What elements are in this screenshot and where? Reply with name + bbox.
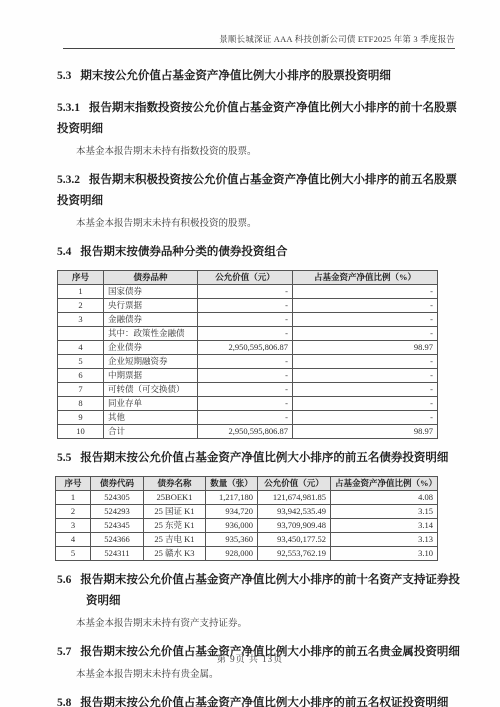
section-number: 5.6 <box>57 574 71 586</box>
table-cell: 3 <box>58 313 104 327</box>
table-cell: 92,553,762.19 <box>258 547 331 561</box>
column-header: 公允价值（元） <box>258 477 331 491</box>
table-body: 1国家债券--2央行票据--3金融债券--其中：政策性金融债--4企业债券2,9… <box>58 285 438 439</box>
table-cell: 936,000 <box>206 519 258 533</box>
table-row: 6中期票据-- <box>58 369 438 383</box>
table-cell: 2,950,595,806.87 <box>198 425 293 439</box>
section-title: 报告期末按公允价值占基金资产净值比例大小排序的前五名权证投资明细 <box>80 697 448 707</box>
table-cell: - <box>198 327 293 341</box>
table-cell: 7 <box>58 383 104 397</box>
table-row: 152430525BOEK11,217,180121,674,981.854.0… <box>56 491 438 505</box>
section-number: 5.8 <box>57 697 71 707</box>
table-cell: 其他 <box>104 411 198 425</box>
table-cell: - <box>293 411 438 425</box>
section-heading-5-3-1: 5.3.1报告期末指数投资按公允价值占基金资产净值比例大小排序的前十名股票投资明… <box>57 98 462 140</box>
table-cell: 25 赣水 K3 <box>144 547 206 561</box>
table-row: 1国家债券-- <box>58 285 438 299</box>
section-title: 报告期末按债券品种分类的债券投资组合 <box>80 246 287 258</box>
section-heading-5-3: 5.3期末按公允价值占基金资产净值比例大小排序的股票投资明细 <box>57 66 462 87</box>
table-cell: 2,950,595,806.87 <box>198 341 293 355</box>
table-cell: 2 <box>56 505 91 519</box>
column-header: 数量（张） <box>206 477 258 491</box>
table-cell: 25 吉电 K1 <box>144 533 206 547</box>
table-cell: 25 东莞 K1 <box>144 519 206 533</box>
section-body-5-3-2: 本基金本报告期末未持有积极投资的股票。 <box>57 218 462 231</box>
section-title: 报告期末指数投资按公允价值占基金资产净值比例大小排序的前十名股票投资明细 <box>57 102 457 135</box>
table-cell: 2 <box>58 299 104 313</box>
section-heading-5-3-2: 5.3.2报告期末积极投资按公允价值占基金资产净值比例大小排序的前五名股票投资明… <box>57 170 462 212</box>
table-row: 8同业存单-- <box>58 397 438 411</box>
table-cell: - <box>293 369 438 383</box>
section-number: 5.3.1 <box>57 102 80 114</box>
table-row: 9其他-- <box>58 411 438 425</box>
table-cell: 企业短期融资券 <box>104 355 198 369</box>
section-heading-5-6: 5.6报告期末按公允价值占基金资产净值比例大小排序的前十名资产支持证券投资明细 <box>57 570 462 612</box>
table-cell: 10 <box>58 425 104 439</box>
table-cell: 121,674,981.85 <box>258 491 331 505</box>
table-cell: 93,942,535.49 <box>258 505 331 519</box>
table-cell: - <box>198 355 293 369</box>
table-cell: 8 <box>58 397 104 411</box>
column-header: 债券品种 <box>104 271 198 285</box>
table-cell: 9 <box>58 411 104 425</box>
table-cell: 524345 <box>91 519 144 533</box>
table-cell: 1 <box>58 285 104 299</box>
table-cell: - <box>198 369 293 383</box>
page-content: 5.3期末按公允价值占基金资产净值比例大小排序的股票投资明细 5.3.1报告期末… <box>57 56 462 707</box>
table-cell: - <box>198 299 293 313</box>
report-title: 景顺长城深证 AAA 科技创新公司债 ETF2025 年第 3 季度报告 <box>219 34 455 44</box>
table-cell: - <box>198 411 293 425</box>
table-header-row: 序号债券品种公允价值（元）占基金资产净值比例（%） <box>58 271 438 285</box>
table-cell: 935,360 <box>206 533 258 547</box>
table-cell: 3.15 <box>331 505 438 519</box>
table-row: 252429325 国证 K1934,72093,942,535.493.15 <box>56 505 438 519</box>
table-cell: 其中：政策性金融债 <box>104 327 198 341</box>
table-cell: 934,720 <box>206 505 258 519</box>
table-cell: - <box>293 285 438 299</box>
column-header: 公允价值（元） <box>198 271 293 285</box>
section-heading-5-8: 5.8报告期末按公允价值占基金资产净值比例大小排序的前五名权证投资明细 <box>57 693 462 707</box>
table-cell: - <box>293 383 438 397</box>
table-cell: 1 <box>56 491 91 505</box>
table-cell: - <box>198 397 293 411</box>
table-cell: 98.97 <box>293 425 438 439</box>
table-row: 4企业债券2,950,595,806.8798.97 <box>58 341 438 355</box>
column-header: 债券代码 <box>91 477 144 491</box>
column-header: 序号 <box>58 271 104 285</box>
table-row: 其中：政策性金融债-- <box>58 327 438 341</box>
table-cell: 4 <box>56 533 91 547</box>
table-cell: - <box>293 327 438 341</box>
table-row: 10合计2,950,595,806.8798.97 <box>58 425 438 439</box>
table-cell: - <box>293 313 438 327</box>
table-cell: 同业存单 <box>104 397 198 411</box>
section-title: 报告期末按公允价值占基金资产净值比例大小排序的前五名债券投资明细 <box>80 452 448 464</box>
column-header: 占基金资产净值比例（%） <box>293 271 438 285</box>
table-header: 序号债券代码债券名称数量（张）公允价值（元）占基金资产净值比例（%） <box>56 477 438 491</box>
column-header: 债券名称 <box>144 477 206 491</box>
table-header-row: 序号债券代码债券名称数量（张）公允价值（元）占基金资产净值比例（%） <box>56 477 438 491</box>
table-cell: 93,450,177.52 <box>258 533 331 547</box>
table-cell: 524293 <box>91 505 144 519</box>
section-number: 5.4 <box>57 246 71 258</box>
table-cell: 25 国证 K1 <box>144 505 206 519</box>
section-body-5-3-1: 本基金本报告期末未持有指数投资的股票。 <box>57 146 462 159</box>
table-cell: 企业债券 <box>104 341 198 355</box>
table-cell: 可转债（可交换债） <box>104 383 198 397</box>
section-heading-5-4: 5.4报告期末按债券品种分类的债券投资组合 <box>57 242 462 263</box>
top-five-bonds-table: 序号债券代码债券名称数量（张）公允价值（元）占基金资产净值比例（%） 15243… <box>55 476 438 561</box>
table-cell: 4.08 <box>331 491 438 505</box>
table-row: 5企业短期融资券-- <box>58 355 438 369</box>
table-cell: 3 <box>56 519 91 533</box>
bond-type-portfolio-table: 序号债券品种公允价值（元）占基金资产净值比例（%） 1国家债券--2央行票据--… <box>57 270 438 439</box>
table-row: 3金融债券-- <box>58 313 438 327</box>
document-page: 景顺长城深证 AAA 科技创新公司债 ETF2025 年第 3 季度报告 5.3… <box>0 0 500 707</box>
table-cell: 3.14 <box>331 519 438 533</box>
table-cell: 5 <box>56 547 91 561</box>
table-cell: - <box>198 313 293 327</box>
table-cell: 93,709,909.48 <box>258 519 331 533</box>
page-number: 第 9页 共 13页 <box>0 652 500 665</box>
section-title: 报告期末积极投资按公允价值占基金资产净值比例大小排序的前五名股票投资明细 <box>57 174 457 207</box>
section-title: 报告期末按公允价值占基金资产净值比例大小排序的前十名资产支持证券投资明细 <box>80 574 460 607</box>
table-cell: 6 <box>58 369 104 383</box>
table-cell: 98.97 <box>293 341 438 355</box>
table-cell: 3.10 <box>331 547 438 561</box>
section-number: 5.3.2 <box>57 174 80 186</box>
table-row: 2央行票据-- <box>58 299 438 313</box>
table-cell: - <box>293 355 438 369</box>
table-cell: 4 <box>58 341 104 355</box>
table-cell: 25BOEK1 <box>144 491 206 505</box>
table-cell: 国家债券 <box>104 285 198 299</box>
table-cell: 524305 <box>91 491 144 505</box>
table-body: 152430525BOEK11,217,180121,674,981.854.0… <box>56 491 438 561</box>
table-row: 552431125 赣水 K3928,00092,553,762.193.10 <box>56 547 438 561</box>
column-header: 序号 <box>56 477 91 491</box>
section-number: 5.3 <box>57 70 71 82</box>
table-cell: 央行票据 <box>104 299 198 313</box>
section-body-5-6: 本基金本报告期末未持有资产支持证券。 <box>57 618 462 631</box>
table-cell: - <box>293 299 438 313</box>
column-header: 占基金资产净值比例（%） <box>331 477 438 491</box>
running-header: 景顺长城深证 AAA 科技创新公司债 ETF2025 年第 3 季度报告 <box>63 33 455 49</box>
table-header: 序号债券品种公允价值（元）占基金资产净值比例（%） <box>58 271 438 285</box>
table-cell: - <box>293 397 438 411</box>
table-cell <box>58 327 104 341</box>
table-cell: 928,000 <box>206 547 258 561</box>
section-heading-5-5: 5.5报告期末按公允价值占基金资产净值比例大小排序的前五名债券投资明细 <box>57 448 462 469</box>
table-cell: 1,217,180 <box>206 491 258 505</box>
table-cell: - <box>198 383 293 397</box>
table-cell: 524366 <box>91 533 144 547</box>
table-cell: 中期票据 <box>104 369 198 383</box>
table-row: 7可转债（可交换债）-- <box>58 383 438 397</box>
section-number: 5.5 <box>57 452 71 464</box>
table-cell: 3.13 <box>331 533 438 547</box>
section-body-5-7: 本基金本报告期末未持有贵金属。 <box>57 669 462 682</box>
table-cell: - <box>198 285 293 299</box>
table-cell: 5 <box>58 355 104 369</box>
table-cell: 金融债券 <box>104 313 198 327</box>
section-title: 期末按公允价值占基金资产净值比例大小排序的股票投资明细 <box>80 70 391 82</box>
table-cell: 524311 <box>91 547 144 561</box>
table-row: 352434525 东莞 K1936,00093,709,909.483.14 <box>56 519 438 533</box>
table-cell: 合计 <box>104 425 198 439</box>
table-row: 452436625 吉电 K1935,36093,450,177.523.13 <box>56 533 438 547</box>
